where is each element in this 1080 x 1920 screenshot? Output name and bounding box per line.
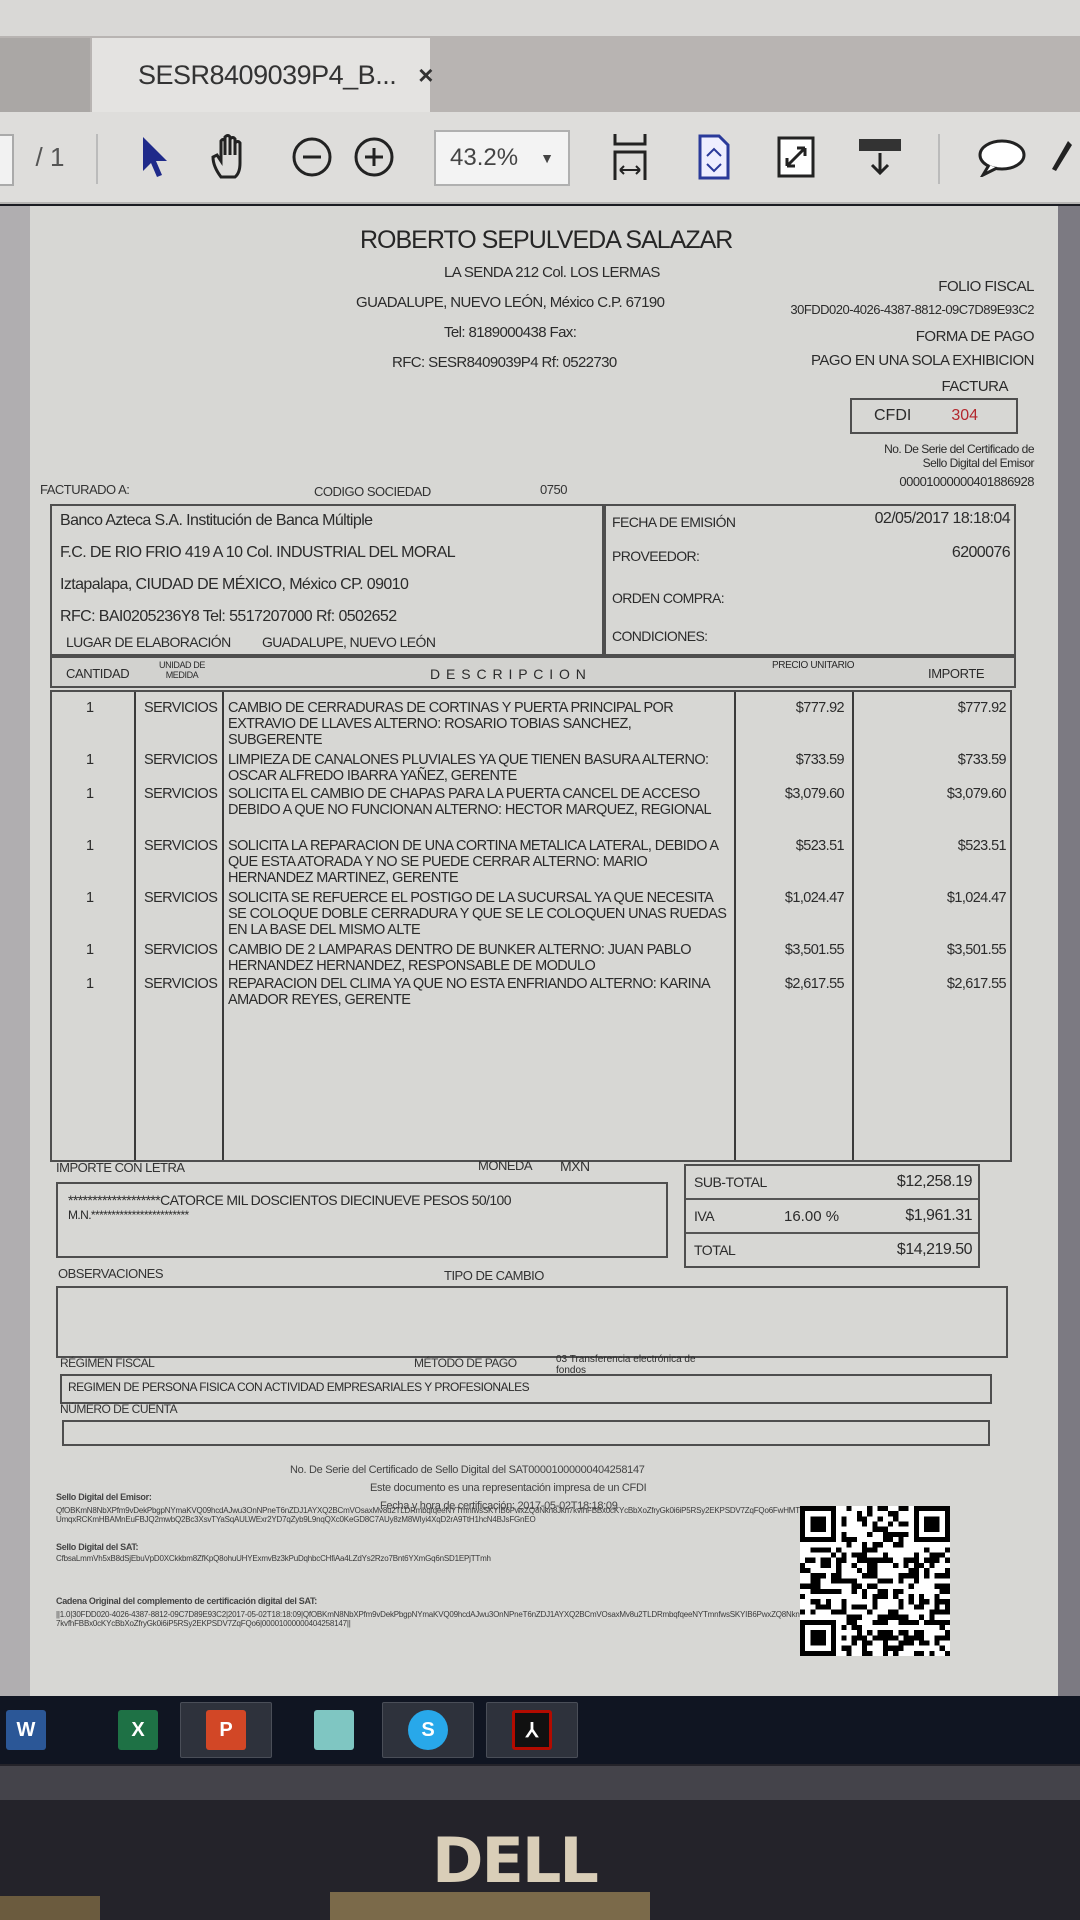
item-unit-price: $733.59: [796, 752, 844, 768]
lugar-label: LUGAR DE ELABORACIÓN: [66, 634, 231, 650]
cert-emisor-label-1: No. De Serie del Certificado de: [884, 442, 1034, 456]
window-top: [0, 0, 1080, 36]
col-importe: IMPORTE: [928, 666, 984, 681]
tab-bar: SESR8409039P4_B... ×: [0, 0, 1080, 112]
item-amount: $733.59: [958, 752, 1006, 768]
issuer-address-2: GUADALUPE, NUEVO LEÓN, México C.P. 67190: [356, 294, 664, 311]
client-box: Banco Azteca S.A. Institución de Banca M…: [50, 504, 606, 656]
document-viewport[interactable]: ROBERTO SEPULVEDA SALAZAR LA SENDA 212 C…: [0, 206, 1080, 1696]
zoom-out-icon[interactable]: [290, 128, 334, 186]
page-count: / 1: [30, 128, 70, 186]
importe-letra-line-1: *******************CATORCE MIL DOSCIENTO…: [68, 1192, 656, 1208]
notes-icon: [314, 1710, 354, 1750]
cadena-label: Cadena Original del complemento de certi…: [56, 1596, 317, 1606]
fit-width-icon[interactable]: [610, 128, 650, 186]
tab-title: SESR8409039P4_B...: [138, 60, 396, 91]
item-unit-price: $3,501.55: [785, 942, 844, 958]
col-divider: [734, 692, 736, 1160]
sello-emisor-value: QfOBKmN8NbXPfm9vDekPbgpNYmaKVQ09hcdAJwu3…: [56, 1506, 816, 1524]
taskbar-app-notes[interactable]: [288, 1702, 380, 1758]
item-quantity: 1: [86, 700, 93, 716]
subtotal-value: $12,258.19: [897, 1173, 972, 1191]
cuenta-label: NÚMERO DE CUENTA: [60, 1402, 177, 1416]
cert-sat: No. De Serie del Certificado de Sello Di…: [290, 1464, 645, 1476]
col-unidad: UNIDAD DE MEDIDA: [152, 660, 212, 680]
metodo-label: MÉTODO DE PAGO: [414, 1356, 517, 1370]
item-amount: $1,024.47: [947, 890, 1006, 906]
item-unit: SERVICIOS: [144, 752, 217, 768]
orden-compra-label: ORDEN COMPRA:: [612, 590, 724, 606]
comment-icon[interactable]: [976, 128, 1028, 186]
regimen-value: REGIMEN DE PERSONA FISICA CON ACTIVIDAD …: [68, 1380, 529, 1394]
item-unit-price: $777.92: [796, 700, 844, 716]
taskbar-app-powerpoint[interactable]: P: [180, 1702, 272, 1758]
viewport-margin-right: [1058, 206, 1080, 1696]
representacion-text: Este documento es una representación imp…: [370, 1482, 646, 1494]
codigo-sociedad-value: 0750: [540, 482, 567, 497]
moneda-label: MONEDA: [478, 1158, 532, 1173]
zoom-level-select[interactable]: 43.2% ▼: [434, 130, 570, 186]
close-icon[interactable]: ×: [418, 60, 433, 91]
taskbar-app-acrobat[interactable]: ⅄: [486, 1702, 578, 1758]
regimen-box: REGIMEN DE PERSONA FISICA CON ACTIVIDAD …: [60, 1374, 992, 1404]
cadena-value: ||1.0|30FDD020-4026-4387-8812-09C7D89E93…: [56, 1610, 816, 1628]
client-address-1: F.C. DE RIO FRIO 419 A 10 Col. INDUSTRIA…: [60, 544, 455, 562]
cfdi-number: 304: [951, 407, 978, 425]
item-description: SOLICITA EL CAMBIO DE CHAPAS PARA LA PUE…: [228, 786, 728, 818]
item-description: SOLICITA SE REFUERCE EL POSTIGO DE LA SU…: [228, 890, 728, 938]
cfdi-label: CFDI: [874, 407, 911, 425]
taskbar-app-word[interactable]: W: [0, 1702, 52, 1758]
iva-row: IVA 16.00 % $1,961.31: [686, 1200, 978, 1234]
items-header: CANTIDAD UNIDAD DE MEDIDA D E S C R I P …: [50, 656, 1016, 688]
col-divider: [134, 692, 136, 1160]
issuer-phone: Tel: 8189000438 Fax:: [444, 324, 576, 341]
item-unit: SERVICIOS: [144, 700, 217, 716]
rotate-page-icon[interactable]: [694, 128, 734, 186]
client-rfc: RFC: BAI0205236Y8 Tel: 5517207000 Rf: 05…: [60, 608, 397, 626]
item-quantity: 1: [86, 786, 93, 802]
taskbar: WXPS⅄: [0, 1696, 1080, 1764]
sello-emisor-label: Sello Digital del Emisor:: [56, 1492, 152, 1502]
item-quantity: 1: [86, 942, 93, 958]
item-unit-price: $1,024.47: [785, 890, 844, 906]
forma-pago-label: FORMA DE PAGO: [916, 328, 1034, 345]
condiciones-label: CONDICIONES:: [612, 628, 707, 644]
item-amount: $2,617.55: [947, 976, 1006, 992]
client-name: Banco Azteca S.A. Institución de Banca M…: [60, 512, 372, 530]
issuer-address-1: LA SENDA 212 Col. LOS LERMAS: [444, 264, 660, 281]
powerpoint-icon: P: [206, 1710, 246, 1750]
item-description: CAMBIO DE 2 LAMPARAS DENTRO DE BUNKER AL…: [228, 942, 728, 974]
cuenta-box: [62, 1420, 990, 1446]
desk-surface: [330, 1892, 650, 1920]
issuer-rfc: RFC: SESR8409039P4 Rf: 0522730: [392, 354, 617, 371]
total-label: TOTAL: [694, 1242, 735, 1258]
item-amount: $777.92: [958, 700, 1006, 716]
facturado-label: FACTURADO A:: [40, 482, 129, 497]
total-row: TOTAL $14,219.50: [686, 1234, 978, 1268]
tipo-cambio-label: TIPO DE CAMBIO: [444, 1268, 544, 1283]
page-number-input[interactable]: [0, 134, 14, 186]
item-unit: SERVICIOS: [144, 838, 217, 854]
emission-box: FECHA DE EMISIÓN 02/05/2017 18:18:04 PRO…: [602, 504, 1016, 656]
toolbar-divider: [96, 134, 98, 184]
folio-fiscal-value: 30FDD020-4026-4387-8812-09C7D89E93C2: [790, 302, 1034, 317]
zoom-in-icon[interactable]: [352, 128, 396, 186]
observaciones-label: OBSERVACIONES: [58, 1266, 163, 1281]
hand-tool-icon[interactable]: [208, 128, 254, 186]
toolbar-divider: [938, 134, 940, 184]
codigo-sociedad-label: CODIGO SOCIEDAD: [314, 484, 431, 499]
desk-surface: [0, 1896, 100, 1920]
monitor-bezel: DELL: [0, 1764, 1080, 1920]
cert-emisor-value: 00001000000401886928: [899, 474, 1034, 489]
iva-rate: 16.00 %: [784, 1208, 839, 1225]
item-unit: SERVICIOS: [144, 942, 217, 958]
pdf-toolbar: / 1 43.2% ▼: [0, 112, 1080, 204]
chevron-down-icon: ▼: [540, 150, 554, 166]
skype-icon: S: [408, 1710, 448, 1750]
issuer-name: ROBERTO SEPULVEDA SALAZAR: [360, 226, 732, 255]
tab-inactive[interactable]: [0, 38, 90, 112]
full-screen-icon[interactable]: [776, 128, 816, 186]
bezel-ridge: [0, 1766, 1080, 1800]
col-divider: [852, 692, 854, 1160]
invoice-page: ROBERTO SEPULVEDA SALAZAR LA SENDA 212 C…: [30, 206, 1058, 1696]
item-amount: $3,501.55: [947, 942, 1006, 958]
item-quantity: 1: [86, 976, 93, 992]
item-amount: $523.51: [958, 838, 1006, 854]
forma-pago-value: PAGO EN UNA SOLA EXHIBICION: [811, 352, 1034, 369]
subtotal-label: SUB-TOTAL: [694, 1174, 767, 1190]
proveedor-label: PROVEEDOR:: [612, 548, 699, 564]
importe-letra-box: *******************CATORCE MIL DOSCIENTO…: [56, 1182, 668, 1258]
iva-value: $1,961.31: [905, 1207, 972, 1225]
metodo-value: 03 Transferencia electrónica de fondos: [556, 1354, 726, 1376]
items-table: 1SERVICIOSCAMBIO DE CERRADURAS DE CORTIN…: [50, 690, 1012, 1162]
item-unit-price: $2,617.55: [785, 976, 844, 992]
item-unit: SERVICIOS: [144, 890, 217, 906]
col-descripcion: D E S C R I P C I O N: [430, 666, 587, 682]
item-description: SOLICITA LA REPARACION DE UNA CORTINA ME…: [228, 838, 728, 886]
item-quantity: 1: [86, 752, 93, 768]
pen-icon[interactable]: [1046, 128, 1076, 186]
select-arrow-icon[interactable]: [134, 128, 174, 186]
item-unit-price: $523.51: [796, 838, 844, 854]
item-description: REPARACION DEL CLIMA YA QUE NO ESTA ENFR…: [228, 976, 728, 1008]
item-unit: SERVICIOS: [144, 976, 217, 992]
item-quantity: 1: [86, 838, 93, 854]
taskbar-app-skype[interactable]: S: [382, 1702, 474, 1758]
excel-icon: X: [118, 1710, 158, 1750]
item-quantity: 1: [86, 890, 93, 906]
word-icon: W: [6, 1710, 46, 1750]
sello-sat-label: Sello Digital del SAT:: [56, 1542, 138, 1552]
fecha-value: 02/05/2017 18:18:04: [875, 510, 1010, 528]
item-amount: $3,079.60: [947, 786, 1006, 802]
regimen-label: RÉGIMEN FISCAL: [60, 1356, 154, 1370]
sello-sat-value: CfbsaLmmVh5xB8dSjEbuVpD0XCkkbm8ZfKpQ8ohu…: [56, 1554, 816, 1563]
totals-box: SUB-TOTAL $12,258.19 IVA 16.00 % $1,961.…: [684, 1164, 980, 1268]
cert-emisor-label-2: Sello Digital del Emisor: [923, 456, 1034, 470]
viewport-margin: [0, 206, 30, 1696]
subtotal-row: SUB-TOTAL $12,258.19: [686, 1166, 978, 1200]
item-unit-price: $3,079.60: [785, 786, 844, 802]
iva-label: IVA: [694, 1208, 714, 1224]
download-icon[interactable]: [856, 128, 904, 186]
importe-letra-line-2: M.N.************************: [68, 1208, 656, 1222]
tab-document[interactable]: SESR8409039P4_B... ×: [92, 38, 430, 112]
dell-logo: DELL: [432, 1824, 597, 1897]
client-address-2: Iztapalapa, CIUDAD DE MÉXICO, México CP.…: [60, 576, 408, 594]
item-unit: SERVICIOS: [144, 786, 217, 802]
total-value: $14,219.50: [897, 1241, 972, 1259]
observaciones-box: [56, 1286, 1008, 1358]
fecha-label: FECHA DE EMISIÓN: [612, 514, 735, 530]
zoom-level-value: 43.2%: [450, 144, 518, 172]
folio-fiscal-label: FOLIO FISCAL: [938, 278, 1034, 295]
col-divider: [222, 692, 224, 1160]
cfdi-box: CFDI 304: [850, 398, 1018, 434]
lugar-value: GUADALUPE, NUEVO LEÓN: [262, 634, 435, 650]
importe-letra-label: IMPORTE CON LETRA: [56, 1160, 185, 1175]
col-precio: PRECIO UNITARIO: [772, 660, 854, 671]
moneda-value: MXN: [560, 1158, 590, 1174]
col-cantidad: CANTIDAD: [66, 666, 129, 681]
proveedor-value: 6200076: [952, 544, 1010, 562]
qr-code: [800, 1506, 950, 1656]
acrobat-icon: ⅄: [512, 1710, 552, 1750]
document-type: FACTURA: [941, 378, 1008, 395]
taskbar-app-excel[interactable]: X: [92, 1702, 184, 1758]
item-description: CAMBIO DE CERRADURAS DE CORTINAS Y PUERT…: [228, 700, 728, 748]
item-description: LIMPIEZA DE CANALONES PLUVIALES YA QUE T…: [228, 752, 728, 784]
